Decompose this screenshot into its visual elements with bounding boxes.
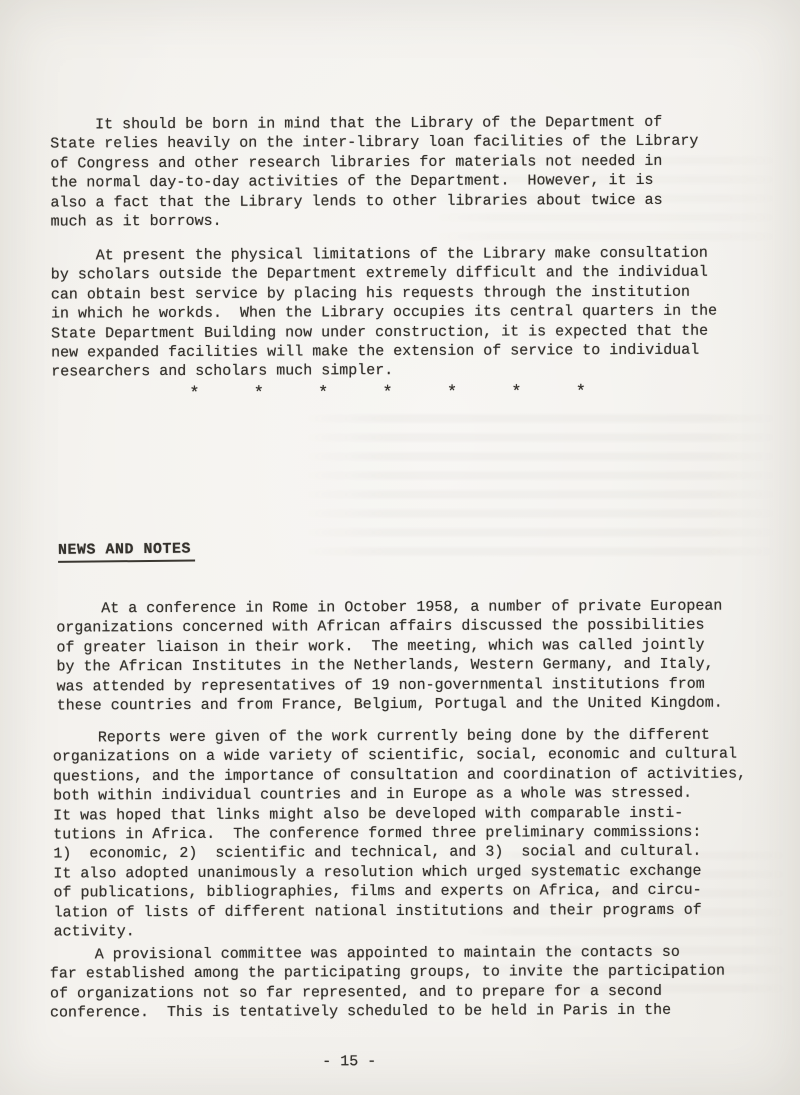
paragraph-conference-reports: Reports were given of the work currently… bbox=[53, 725, 747, 941]
paragraph-library-loans: It should be born in mind that the Libra… bbox=[50, 113, 699, 232]
section-heading-text: NEWS AND NOTES bbox=[58, 541, 195, 563]
scanned-document-page: It should be born in mind that the Libra… bbox=[0, 0, 800, 1095]
paragraph-provisional-committee: A provisional committee was appointed to… bbox=[50, 943, 725, 1024]
page-content: It should be born in mind that the Libra… bbox=[0, 0, 800, 1095]
paragraph-library-limitations: At present the physical limitations of t… bbox=[51, 244, 718, 383]
page-number: - 15 - bbox=[322, 1053, 376, 1070]
paragraph-rome-conference: At a conference in Rome in October 1958,… bbox=[56, 597, 723, 716]
section-heading-news-and-notes: NEWS AND NOTES bbox=[58, 541, 195, 563]
asterisk-separator: * * * * * * * bbox=[189, 383, 586, 404]
